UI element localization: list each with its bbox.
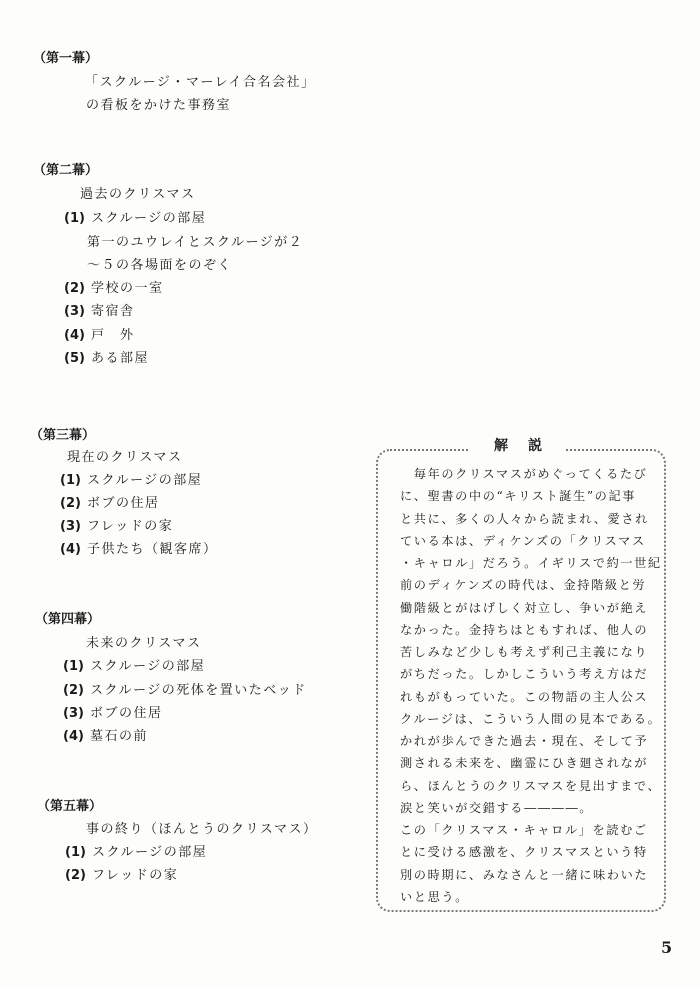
scene-line: 現在のクリスマス [67,446,182,465]
commentary-line: かれが歩んできた過去・現在、そして予 [400,732,650,749]
scene-text: 墓石の前 [90,729,148,744]
scene-text: フレッドの家 [87,519,173,534]
scene-line: (2)スクルージの死体を置いたベッド [63,679,307,698]
scene-number: (4) [63,729,84,744]
commentary-line: に、聖書の中の“キリスト誕生”の記事 [400,487,650,504]
commentary-title: 解説 [470,435,566,455]
scene-number: (5) [64,351,85,366]
scene-line: の看板をかけた事務室 [86,94,231,113]
scene-text: フレッドの家 [92,868,178,883]
scene-line: 過去のクリスマス [80,183,195,202]
act-title: （第三幕） [30,424,95,443]
scene-text: スクルージの部屋 [87,473,202,488]
scene-text: 学校の一室 [91,281,164,296]
scene-text: ボブの住居 [90,706,163,721]
scene-text: 子供たち（観客席） [87,542,218,557]
scene-number: (3) [60,519,81,534]
act-title: （第二幕） [33,159,98,178]
scene-text: ある部屋 [91,351,149,366]
scene-line: (3)寄宿舎 [64,300,134,319]
scene-number: (1) [64,211,85,226]
scene-number: (4) [64,328,85,343]
scene-number: (2) [63,683,84,698]
scene-line: (3)ボブの住居 [63,702,162,721]
scene-line: (2)学校の一室 [64,277,163,296]
commentary-line: 別の時期に、みなさんと一緒に味わいた [400,866,650,883]
commentary-line: いと思う。 [400,888,650,905]
scene-text: スクルージの部屋 [92,845,207,860]
commentary-line: 苦しみなど少しも考えず利己主義になり [400,643,650,660]
commentary-line: 涙と笑いが交錯する――――。 [400,799,650,816]
commentary-line: なかった。金持ちはともすれば、他人の [400,621,650,638]
scene-number: (2) [64,281,85,296]
scene-line: (4)戸 外 [64,324,134,343]
page-number: 5 [661,938,672,957]
scene-line: (4)墓石の前 [63,725,148,744]
scene-line: (1)スクルージの部屋 [60,469,202,488]
commentary-line: と共に、多くの人々から読まれ、愛され [400,510,650,527]
commentary-line: ら、ほんとうのクリスマスを見出すまで、 [400,777,650,794]
commentary-line: 前のディケンズの時代は、金持階級と労 [400,576,650,593]
scene-number: (3) [64,304,85,319]
scene-line: (3)フレッドの家 [60,515,173,534]
scene-line: (4)子供たち（観客席） [60,538,217,557]
scene-text: 戸 外 [91,328,135,343]
commentary-line: 毎年のクリスマスがめぐってくるたび [400,465,650,482]
commentary-line: この「クリスマス・キャロル」を読むご [400,821,650,838]
commentary-line: ている本は、ディケンズの「クリスマス [400,532,650,549]
scene-line: ～５の各場面をのぞく [87,254,232,273]
commentary-line: クルージは、こういう人間の見本である。 [400,710,650,727]
scene-line: (1)スクルージの部屋 [63,655,205,674]
scene-text: スクルージの部屋 [91,211,206,226]
commentary-line: とに受ける感激を、クリスマスという特 [400,843,650,860]
commentary-line: れもがもっていた。この物語の主人公ス [400,688,650,705]
scene-number: (2) [60,496,81,511]
scene-line: 未来のクリスマス [86,632,201,651]
scene-number: (1) [65,845,86,860]
scene-text: スクルージの死体を置いたベッド [90,683,307,698]
scene-number: (3) [63,706,84,721]
scene-text: ボブの住居 [87,496,160,511]
scene-line: (2)ボブの住居 [60,492,159,511]
scene-line: 「スクルージ・マーレイ合名会社」 [85,71,315,90]
scene-text: スクルージの部屋 [90,659,205,674]
scene-number: (1) [63,659,84,674]
scene-line: (1)スクルージの部屋 [64,207,206,226]
commentary-line: がちだった。しかしこういう考え方はだ [400,665,650,682]
commentary-line: 働階級とがはげしく対立し、争いが絶え [400,599,650,616]
scene-line: (1)スクルージの部屋 [65,841,207,860]
scene-line: 第一のユウレイとスクルージが２ [87,231,303,250]
scene-line: 事の終り（ほんとうのクリスマス） [86,818,317,837]
scene-line: (2)フレッドの家 [65,864,178,883]
act-title: （第四幕） [35,608,100,627]
act-title: （第一幕） [33,47,98,66]
act-title: （第五幕） [37,795,102,814]
scene-number: (2) [65,868,86,883]
scene-text: 寄宿舎 [91,304,135,319]
scene-number: (4) [60,542,81,557]
scene-line: (5)ある部屋 [64,347,149,366]
commentary-line: ・キャロル」だろう。イギリスで約一世紀 [400,554,650,571]
commentary-line: 測される未来を、幽霊にひき廻されなが [400,754,650,771]
scene-number: (1) [60,473,81,488]
